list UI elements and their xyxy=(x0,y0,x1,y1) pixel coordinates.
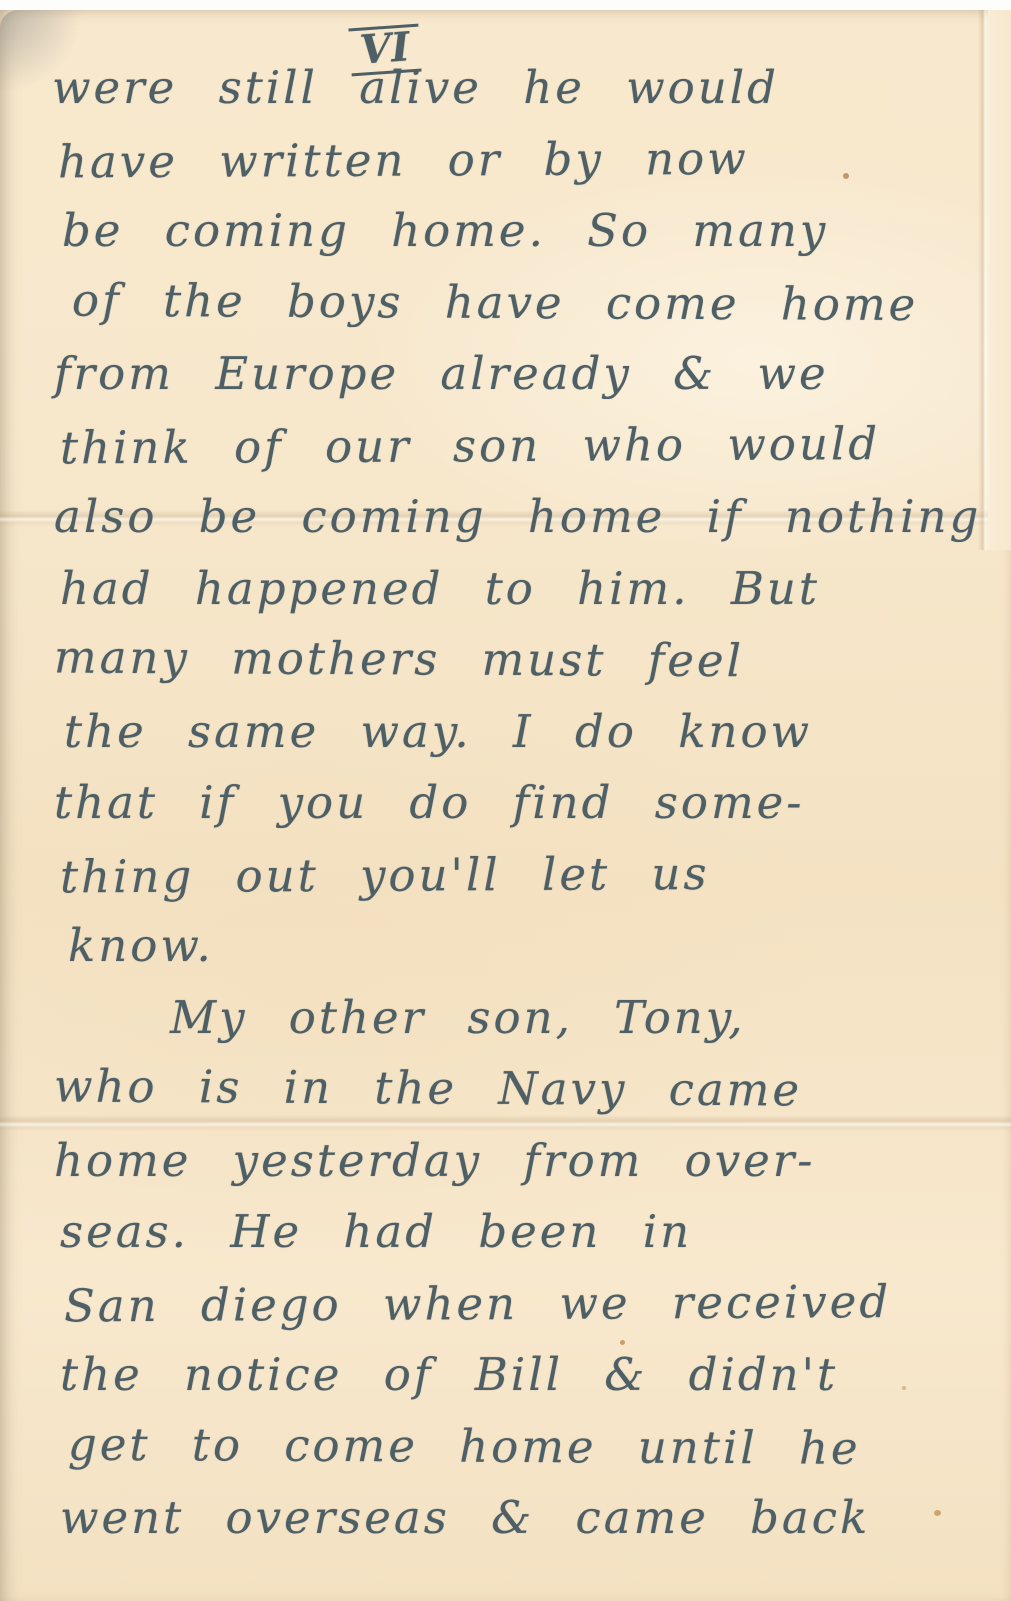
handwritten-line: of the boys have come home xyxy=(52,264,992,340)
handwritten-line: also be coming home if nothing xyxy=(52,481,992,553)
handwritten-line: have written or by now xyxy=(52,121,992,197)
handwriting-body: were still alive he would have written o… xyxy=(52,52,992,1554)
handwritten-line: the notice of Bill & didn't xyxy=(52,1339,992,1411)
handwritten-line: who is in the Navy came xyxy=(52,1051,992,1127)
handwritten-line: seas. He had been in xyxy=(52,1196,992,1268)
handwritten-line: many mothers must feel xyxy=(52,622,992,698)
handwritten-line: from Europe already & we xyxy=(52,338,992,410)
handwritten-line: get to come home until he xyxy=(52,1408,992,1484)
handwritten-line: My other son, Tony, xyxy=(52,982,992,1054)
handwritten-line: think of our son who would xyxy=(52,407,992,483)
handwritten-line: that if you do find some- xyxy=(52,767,992,839)
handwritten-line: were still alive he would xyxy=(52,52,992,124)
handwritten-line: know. xyxy=(52,910,992,982)
letter-page: VI were still alive he would have writte… xyxy=(0,10,1011,1601)
scanner-background-edge xyxy=(0,0,1011,10)
handwritten-line: the same way. I do know xyxy=(52,696,992,768)
handwritten-line: be coming home. So many xyxy=(52,195,992,267)
handwritten-line: thing out you'll let us xyxy=(52,836,992,912)
handwritten-line: had happened to him. But xyxy=(52,553,992,625)
handwritten-line: went overseas & came back xyxy=(52,1482,992,1554)
handwritten-line: home yesterday from over- xyxy=(52,1125,992,1197)
handwritten-line: San diego when we received xyxy=(52,1265,992,1341)
